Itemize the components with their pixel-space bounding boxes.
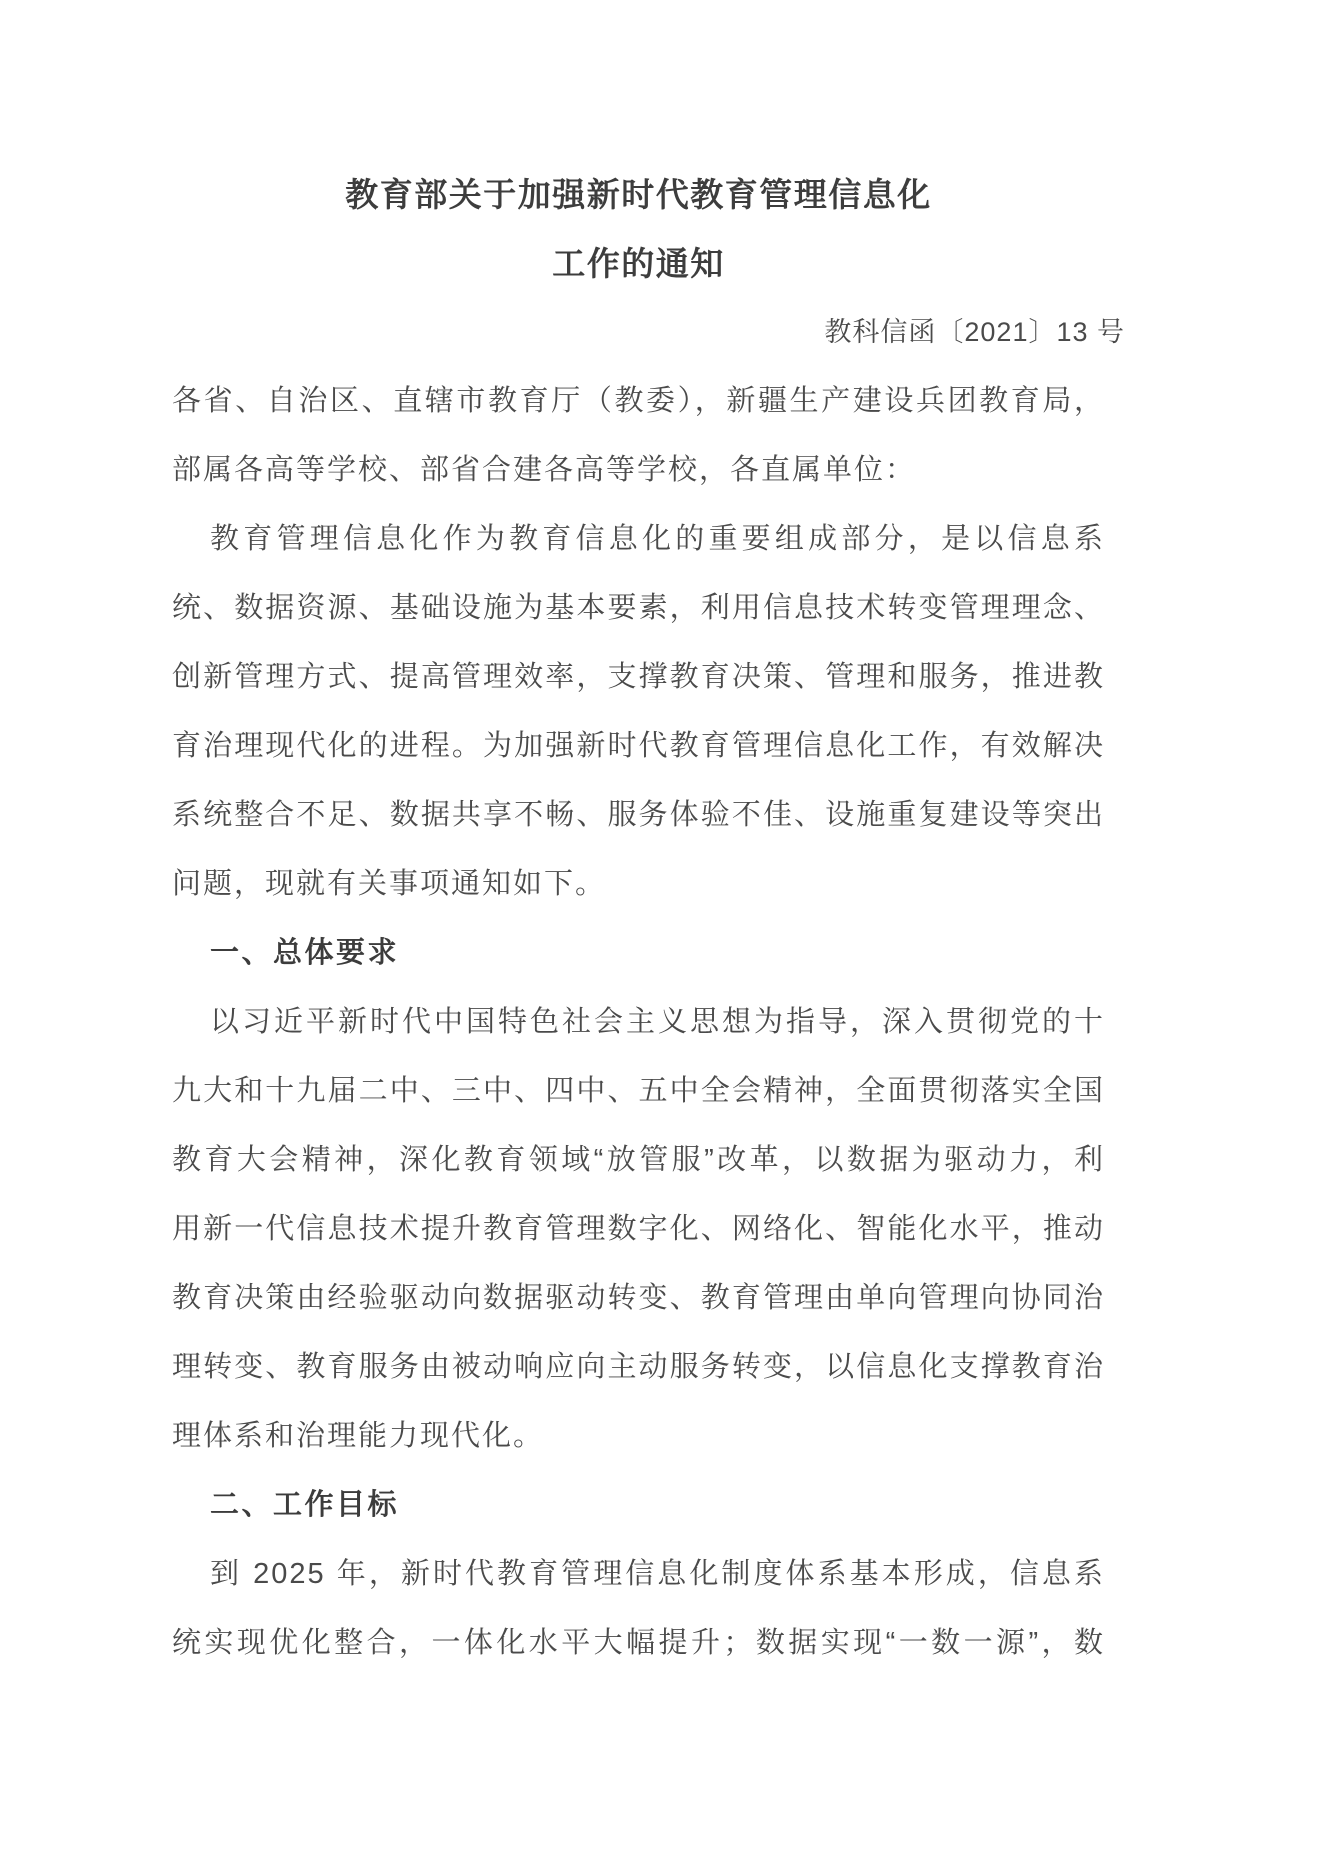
section-heading: 一、总体要求	[172, 919, 1105, 988]
section-heading: 二、工作目标	[172, 1471, 1105, 1540]
document-page: 教育部关于加强新时代教育管理信息化 工作的通知 教科信函〔2021〕13 号 各…	[0, 0, 1323, 1871]
body-line: 教育管理信息化作为教育信息化的重要组成部分，是以信息系	[172, 505, 1105, 574]
body-line: 系统整合不足、数据共享不畅、服务体验不佳、设施重复建设等突出	[172, 781, 1105, 850]
body-line: 育治理现代化的进程。为加强新时代教育管理信息化工作，有效解决	[172, 712, 1105, 781]
body-line: 各省、自治区、直辖市教育厅（教委），新疆生产建设兵团教育局，	[172, 367, 1105, 436]
document-title-line-2: 工作的通知	[112, 229, 1165, 298]
body-line: 用新一代信息技术提升教育管理数字化、网络化、智能化水平，推动	[172, 1195, 1105, 1264]
body-line: 问题，现就有关事项通知如下。	[172, 850, 1105, 919]
document-title-line-1: 教育部关于加强新时代教育管理信息化	[112, 160, 1165, 229]
body-line: 理转变、教育服务由被动响应向主动服务转变，以信息化支撑教育治	[172, 1333, 1105, 1402]
body-line: 创新管理方式、提高管理效率，支撑教育决策、管理和服务，推进教	[172, 643, 1105, 712]
body-line: 统实现优化整合，一体化水平大幅提升；数据实现“一数一源”，数	[172, 1609, 1105, 1678]
document-body: 各省、自治区、直辖市教育厅（教委），新疆生产建设兵团教育局，部属各高等学校、部省…	[172, 367, 1105, 1678]
body-line: 九大和十九届二中、三中、四中、五中全会精神，全面贯彻落实全国	[172, 1057, 1105, 1126]
document-number: 教科信函〔2021〕13 号	[172, 298, 1125, 367]
body-line: 部属各高等学校、部省合建各高等学校，各直属单位：	[172, 436, 1105, 505]
body-line: 教育决策由经验驱动向数据驱动转变、教育管理由单向管理向协同治	[172, 1264, 1105, 1333]
body-line: 教育大会精神，深化教育领域“放管服”改革，以数据为驱动力，利	[172, 1126, 1105, 1195]
body-line: 以习近平新时代中国特色社会主义思想为指导，深入贯彻党的十	[172, 988, 1105, 1057]
body-line: 统、数据资源、基础设施为基本要素，利用信息技术转变管理理念、	[172, 574, 1105, 643]
body-line: 理体系和治理能力现代化。	[172, 1402, 1105, 1471]
body-line: 到 2025 年，新时代教育管理信息化制度体系基本形成，信息系	[172, 1540, 1105, 1609]
